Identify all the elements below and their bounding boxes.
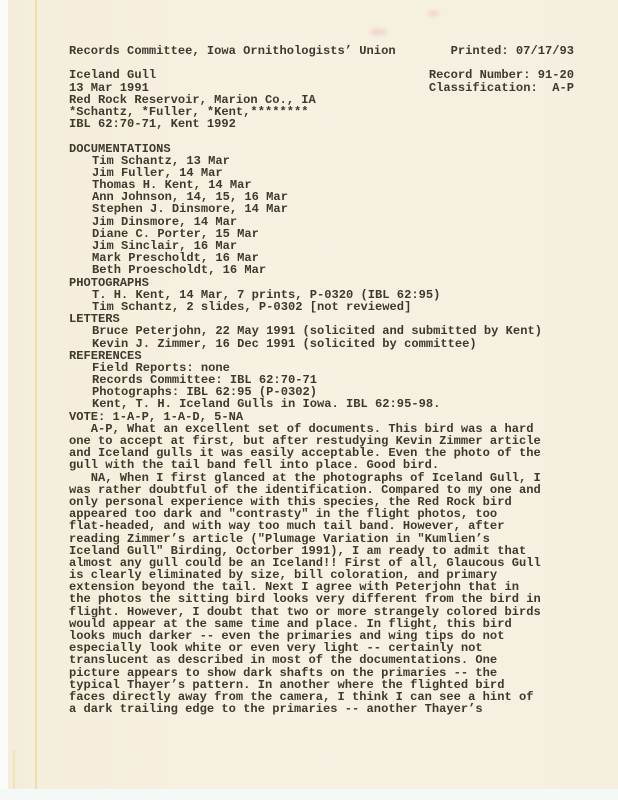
letter-item: Bruce Peterjohn, 22 May 1991 (solicited …: [69, 325, 574, 337]
record-date-row: 13 Mar 1991 Classification: A-P: [69, 82, 574, 94]
documentation-item: Jim Dinsmore, 14 Mar: [69, 216, 574, 228]
printed-date: Printed: 07/17/93: [451, 45, 574, 57]
photographs-heading: PHOTOGRAPHS: [69, 277, 574, 289]
documentations-heading: DOCUMENTATIONS: [69, 143, 574, 155]
comment-paragraph-na: NA, When I first glanced at the photogra…: [69, 472, 574, 716]
scanned-document-page: Records Committee, Iowa Ornithologists’ …: [0, 0, 618, 800]
citation: IBL 62:70-71, Kent 1992: [69, 118, 574, 130]
comment-line: NA, When I first glanced at the photogra…: [69, 472, 574, 484]
photograph-item: Tim Schantz, 2 slides, P-0302 [not revie…: [69, 301, 574, 313]
vote-line: VOTE: 1-A-P, 1-A-D, 5-NA: [69, 411, 574, 423]
comment-line: flat-headed, and with way too much tail …: [69, 520, 574, 532]
scan-artifact: [428, 11, 439, 16]
letter-item: Kevin J. Zimmer, 16 Dec 1991 (solicited …: [69, 338, 574, 350]
references-list: Field Reports: noneRecords Committee: IB…: [69, 362, 574, 411]
observation-date: 13 Mar 1991: [69, 82, 149, 94]
comment-line: reading Zimmer’s article ("Plumage Varia…: [69, 533, 574, 545]
photographs-list: T. H. Kent, 14 Mar, 7 prints, P-0320 (IB…: [69, 289, 574, 313]
documentation-item: Stephen J. Dinsmore, 14 Mar: [69, 203, 574, 215]
comment-line: gull with the tail band fell into place.…: [69, 459, 574, 471]
scan-left-margin: [0, 0, 8, 800]
document-header-row: Records Committee, Iowa Ornithologists’ …: [69, 45, 574, 57]
record-number: Record Number: 91-20: [429, 69, 574, 81]
comment-line: picture appears to show dark shafts on t…: [69, 667, 574, 679]
classification: Classification: A-P: [429, 82, 574, 94]
record-title-row: Iceland Gull Record Number: 91-20: [69, 69, 574, 81]
species-name: Iceland Gull: [69, 69, 156, 81]
letters-list: Bruce Peterjohn, 22 May 1991 (solicited …: [69, 325, 574, 349]
comment-line: flight. However, I doubt that two or mor…: [69, 606, 574, 618]
scan-bottom-margin: [0, 789, 618, 800]
comment-line: a dark trailing edge to the primaries --…: [69, 703, 574, 715]
comment-line: the photos the sitting bird looks very d…: [69, 593, 574, 605]
scan-artifact: [370, 29, 387, 35]
reference-item: Kent, T. H. Iceland Gulls in Iowa. IBL 6…: [69, 398, 574, 410]
blank-line: [69, 130, 574, 142]
document-content: Records Committee, Iowa Ornithologists’ …: [69, 45, 574, 715]
paper-edge-line: [35, 0, 37, 800]
comment-paragraph-ap: A-P, What an excellent set of documents.…: [69, 423, 574, 472]
org-title: Records Committee, Iowa Ornithologists’ …: [69, 45, 396, 57]
documentation-item: Beth Proescholdt, 16 Mar: [69, 264, 574, 276]
comment-line: translucent as described in most of the …: [69, 654, 574, 666]
documentations-list: Tim Schantz, 13 MarJim Fuller, 14 MarTho…: [69, 155, 574, 277]
